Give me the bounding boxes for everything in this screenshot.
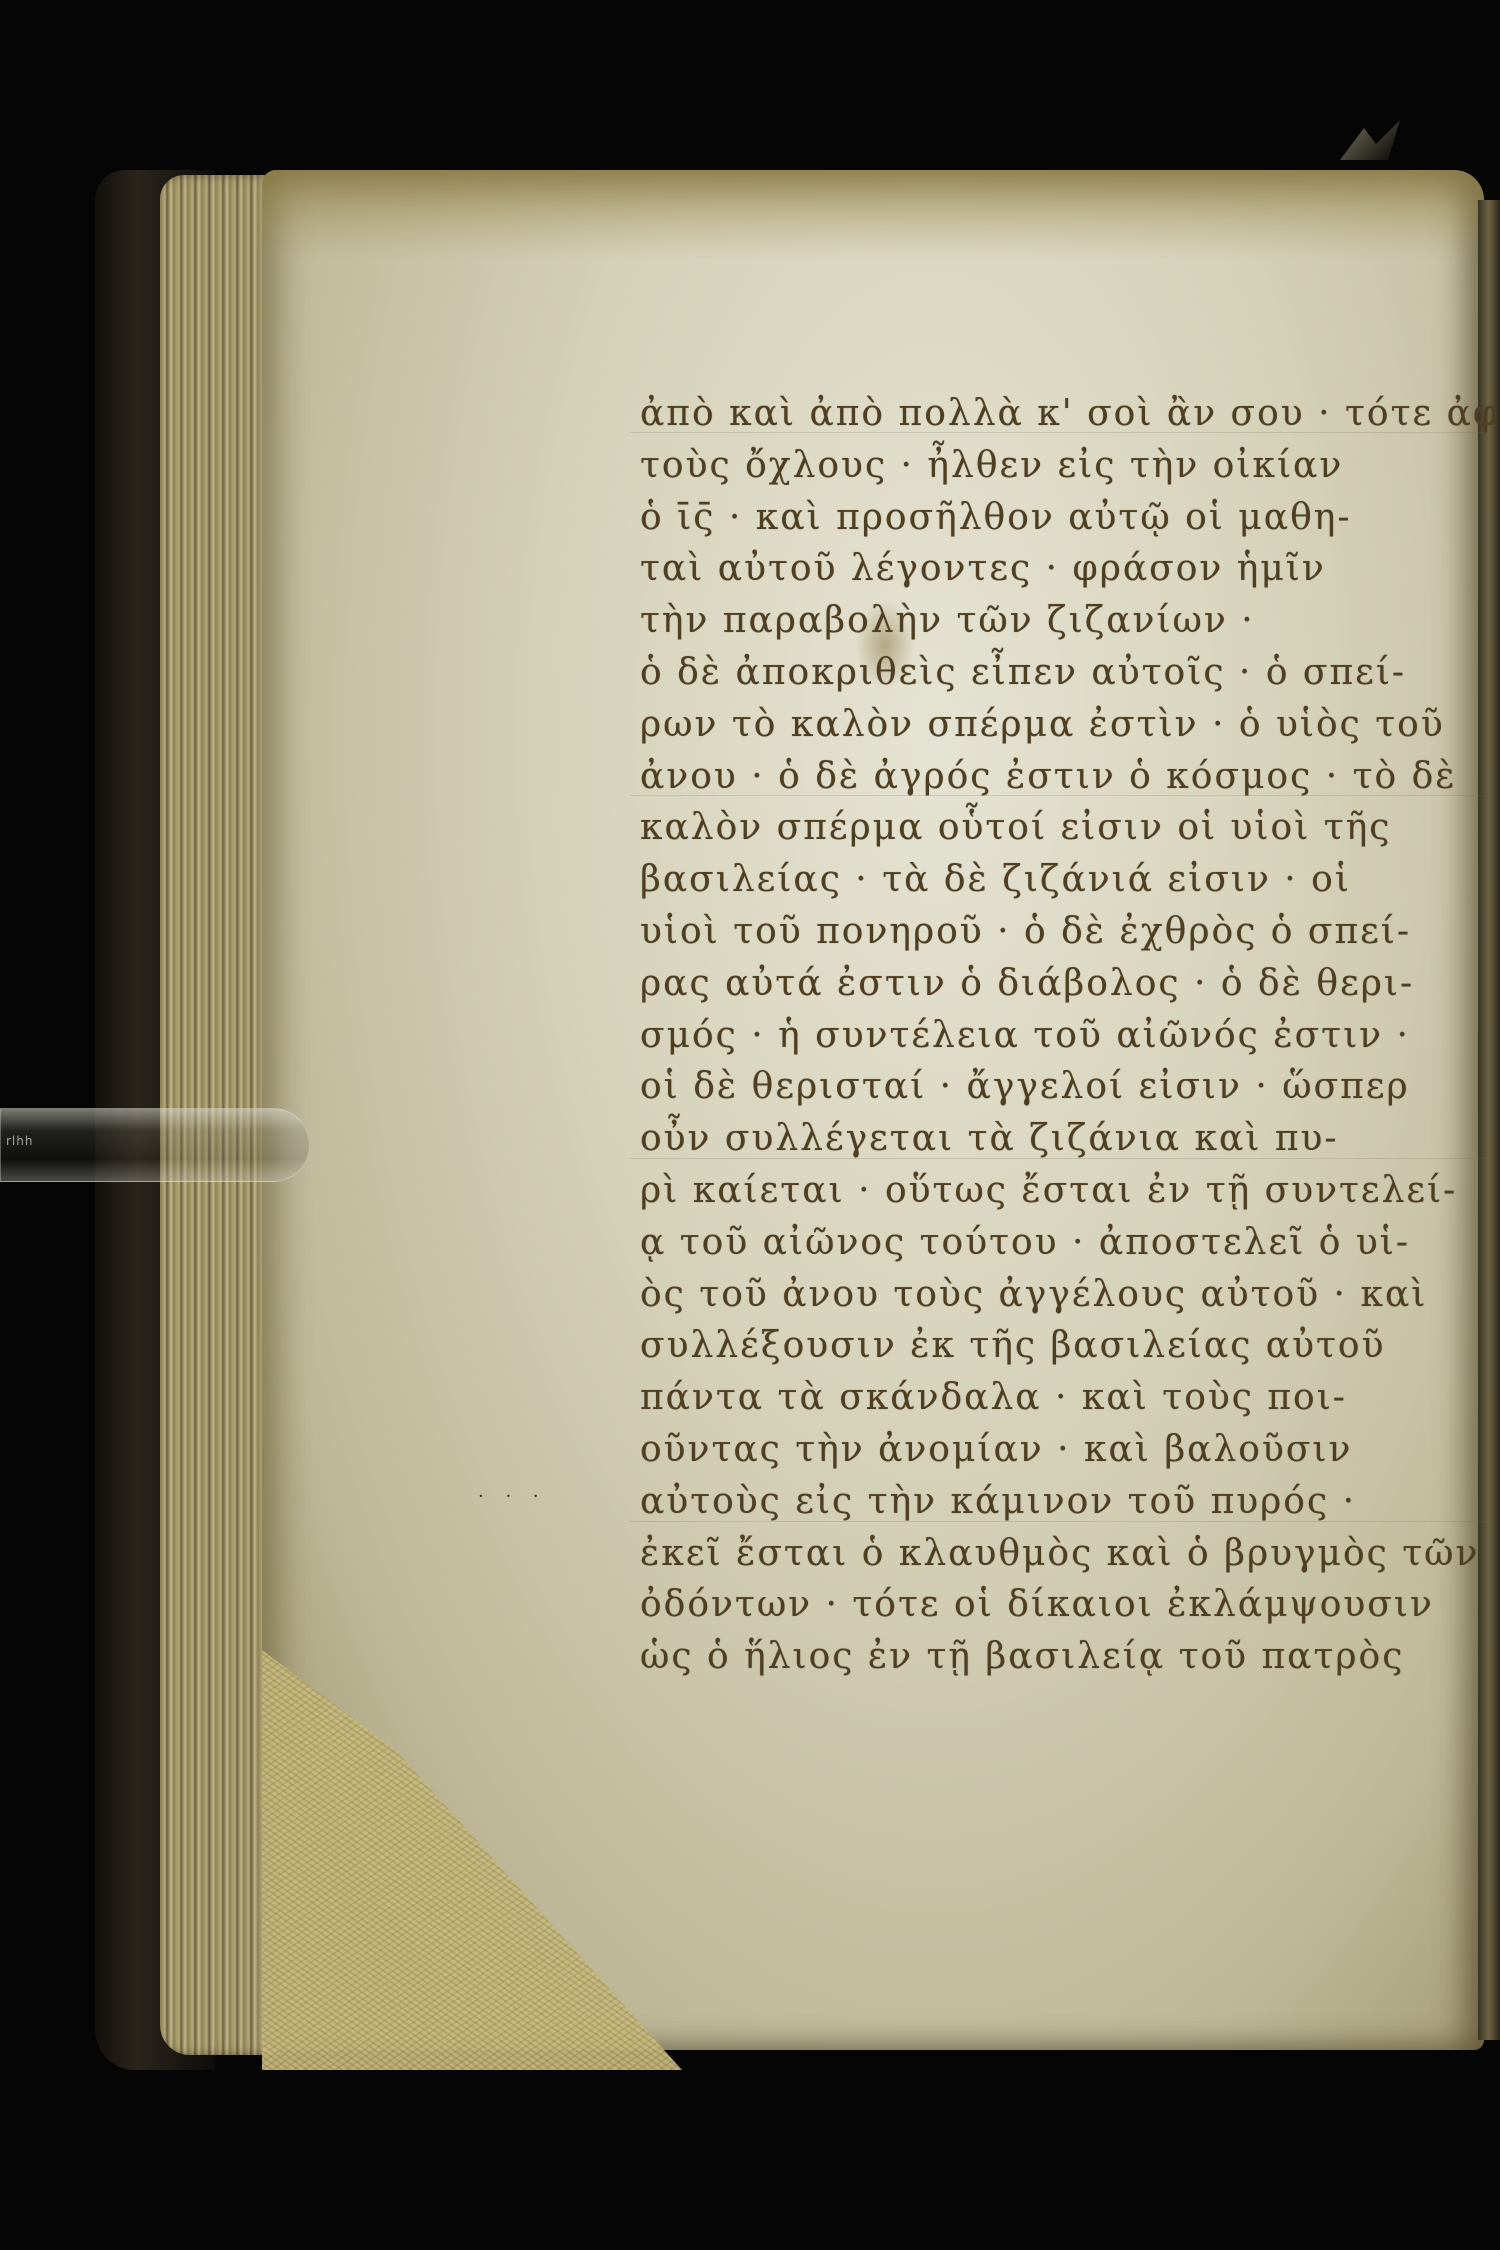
- text-line: ὁ δὲ ἀποκριθεὶς εἶπεν αὐτοῖς · ὁ σπεί-: [640, 647, 1500, 699]
- text-line: ἐκεῖ ἔσται ὁ κλαυθμὸς καὶ ὁ βρυγμὸς τῶν: [640, 1528, 1500, 1580]
- text-line: ρας αὐτά ἐστιν ὁ διάβολος · ὁ δὲ θερι-: [640, 958, 1500, 1010]
- text-line: τοὺς ὄχλους · ἦλθεν εἰς τὴν οἰκίαν: [640, 440, 1500, 492]
- text-line: ἀνου · ὁ δὲ ἀγρός ἐστιν ὁ κόσμος · τὸ δὲ: [640, 751, 1500, 803]
- margin-marks: · · ·: [478, 1486, 547, 1507]
- text-line: οἱ δὲ θερισταί · ἄγγελοί εἰσιν · ὥσπερ: [640, 1061, 1500, 1113]
- text-line: αὐτοὺς εἰς τὴν κάμινον τοῦ πυρός ·: [640, 1476, 1500, 1528]
- text-line: καλὸν σπέρμα οὗτοί εἰσιν οἱ υἱοὶ τῆς: [640, 802, 1500, 854]
- glass-page-weight: [0, 1108, 310, 1182]
- text-line: τὴν παραβολὴν τῶν ζιζανίων ·: [640, 595, 1500, 647]
- text-line: οῦντας τὴν ἀνομίαν · καὶ βαλοῦσιν: [640, 1424, 1500, 1476]
- frayed-corner: [1340, 120, 1400, 160]
- glass-rod-label: rlhh: [6, 1134, 33, 1148]
- text-line: ἀπὸ καὶ ἀπὸ πολλὰ κ' σοὶ ἂν σου · τότε ἀ…: [640, 388, 1500, 440]
- text-line: συλλέξουσιν ἐκ τῆς βασιλείας αὐτοῦ: [640, 1320, 1500, 1372]
- manuscript-photo: ἀπὸ καὶ ἀπὸ πολλὰ κ' σοὶ ἂν σου · τότε ἀ…: [0, 0, 1500, 2250]
- top-edge-stain: [262, 170, 1484, 260]
- text-line: ταὶ αὐτοῦ λέγοντες · φράσον ἡμῖν: [640, 543, 1500, 595]
- text-line: ρὶ καίεται · οὕτως ἔσται ἐν τῇ συντελεί-: [640, 1165, 1500, 1217]
- text-line: ᾳ τοῦ αἰῶνος τούτου · ἀποστελεῖ ὁ υἱ-: [640, 1217, 1500, 1269]
- text-line: ὸς τοῦ ἀνου τοὺς ἀγγέλους αὐτοῦ · καὶ: [640, 1269, 1500, 1321]
- text-line: ρων τὸ καλὸν σπέρμα ἐστὶν · ὁ υἱὸς τοῦ: [640, 699, 1500, 751]
- text-line: ὀδόντων · τότε οἱ δίκαιοι ἐκλάμψουσιν: [640, 1579, 1500, 1631]
- text-line: βασιλείας · τὰ δὲ ζιζάνιά εἰσιν · οἱ: [640, 854, 1500, 906]
- text-line: πάντα τὰ σκάνδαλα · καὶ τοὺς ποι-: [640, 1372, 1500, 1424]
- text-line: οὖν συλλέγεται τὰ ζιζάνια καὶ πυ-: [640, 1113, 1500, 1165]
- text-line: ὁ ῑς̄ · καὶ προσῆλθον αὐτῷ οἱ μαθη-: [640, 492, 1500, 544]
- text-column: ἀπὸ καὶ ἀπὸ πολλὰ κ' σοὶ ἂν σου · τότε ἀ…: [640, 388, 1500, 1683]
- text-line: σμός · ἡ συντέλεια τοῦ αἰῶνός ἐστιν ·: [640, 1010, 1500, 1062]
- text-line: υἱοὶ τοῦ πονηροῦ · ὁ δὲ ἐχθρὸς ὁ σπεί-: [640, 906, 1500, 958]
- text-line: ὡς ὁ ἥλιος ἐν τῇ βασιλείᾳ τοῦ πατρὸς: [640, 1631, 1500, 1683]
